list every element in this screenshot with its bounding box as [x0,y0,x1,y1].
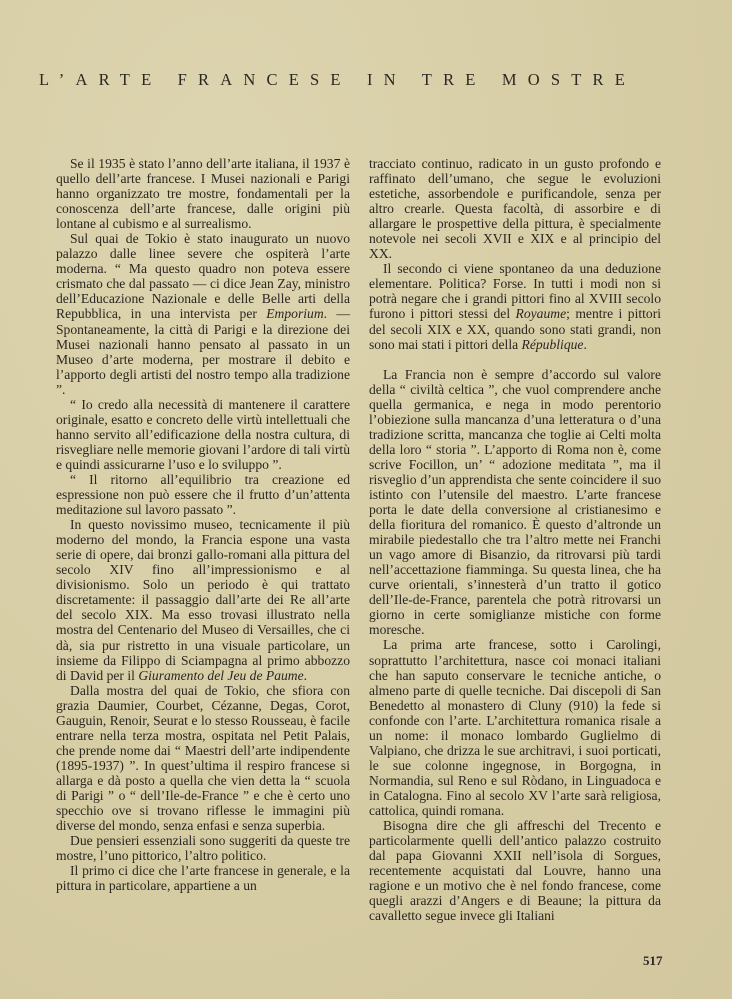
paragraph: Bisogna dire che gli affreschi del Trece… [369,818,661,923]
page-number: 517 [643,953,663,969]
paragraph: “ Io credo alla necessità di mantenere i… [56,397,350,472]
paragraph: tracciato continuo, radicato in un gusto… [369,156,661,261]
paragraph: Sul quai de Tokio è stato inaugurato un … [56,231,350,397]
paragraph: Se il 1935 è stato l’anno dell’arte ital… [56,156,350,231]
paragraph: La Francia non è sempre d’accordo sul va… [369,367,661,638]
right-column: tracciato continuo, radicato in un gusto… [369,156,661,923]
paragraph: La prima arte francese, sotto i Caroling… [369,637,661,818]
paragraph: Il primo ci dice che l’arte francese in … [56,863,350,893]
left-column: Se il 1935 è stato l’anno dell’arte ital… [56,156,350,893]
paragraph: Il secondo ci viene spontaneo da una ded… [369,261,661,351]
page-title: L’ARTE FRANCESE IN TRE MOSTRE [39,70,679,90]
paragraph: “ Il ritorno all’equilibrio tra creazion… [56,472,350,517]
paragraph: Dalla mostra del quai de Tokio, che sfio… [56,683,350,833]
paragraph: In questo novissimo museo, tecnicamente … [56,517,350,683]
paragraph: Due pensieri essenziali sono suggeriti d… [56,833,350,863]
